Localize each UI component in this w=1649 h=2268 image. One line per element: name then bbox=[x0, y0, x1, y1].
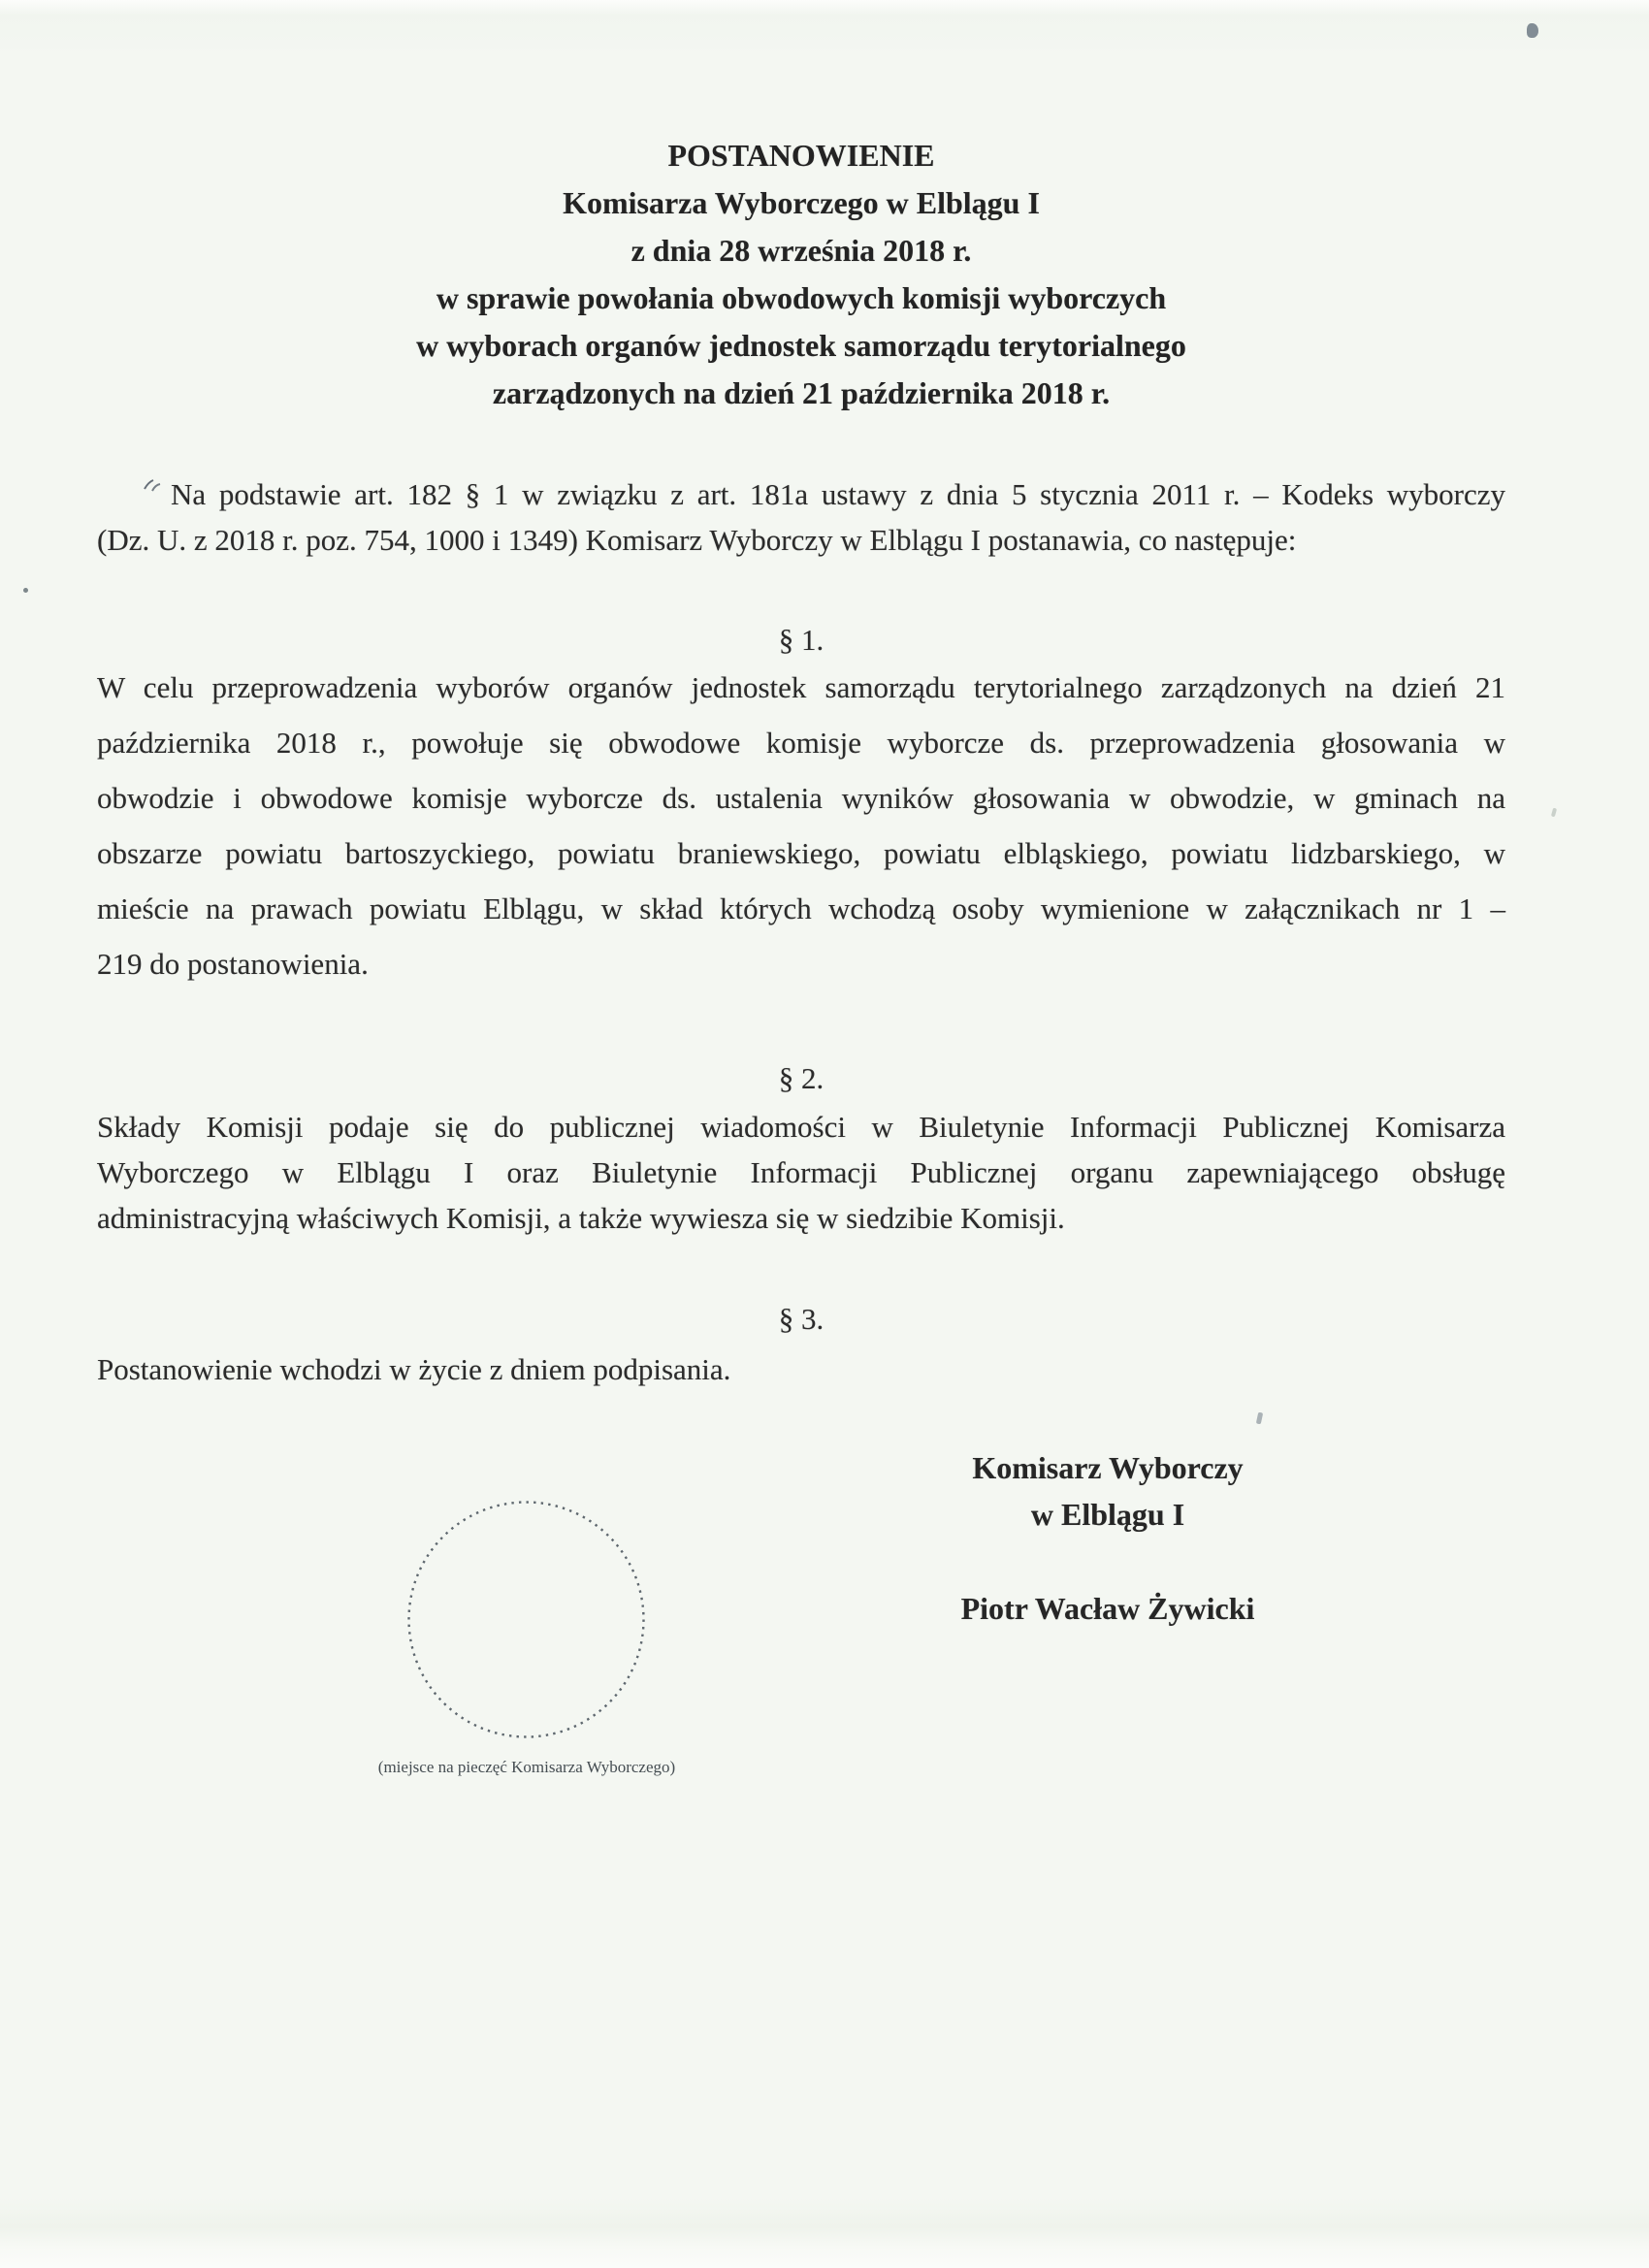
signature-name: Piotr Wacław Żywicki bbox=[914, 1590, 1302, 1627]
section-2-heading: § 2. bbox=[97, 1060, 1505, 1096]
stamp-caption: (miejsce na pieczęć Komisarza Wyborczego… bbox=[323, 1758, 730, 1777]
document-title-block: POSTANOWIENIE Komisarza Wyborczego w Elb… bbox=[97, 132, 1505, 417]
scan-artifact-apostrophe bbox=[1256, 1412, 1263, 1425]
section-1-paragraph: W celu przeprowadzenia wyborów organów j… bbox=[97, 660, 1505, 991]
signature-title-line-1: Komisarz Wyborczy bbox=[914, 1449, 1302, 1486]
doc-heading-line: zarządzonych na dzień 21 października 20… bbox=[97, 370, 1505, 417]
section-1-line: obszarze powiatu bartoszyckiego, powiatu… bbox=[97, 826, 1505, 881]
scan-artifact-blob bbox=[1527, 23, 1538, 38]
preamble-line: Na podstawie art. 182 § 1 w związku z ar… bbox=[97, 471, 1505, 517]
section-1-line: października 2018 r., powołuje się obwod… bbox=[97, 715, 1505, 770]
section-1-line: 219 do postanowienia. bbox=[97, 936, 1505, 991]
preamble-line: (Dz. U. z 2018 r. poz. 754, 1000 i 1349)… bbox=[97, 517, 1505, 563]
document-page: POSTANOWIENIE Komisarza Wyborczego w Elb… bbox=[0, 0, 1649, 2268]
section-2-line: Składy Komisji podaje się do publicznej … bbox=[97, 1104, 1505, 1150]
section-1-line: W celu przeprowadzenia wyborów organów j… bbox=[97, 660, 1505, 715]
section-1-heading: § 1. bbox=[97, 622, 1505, 658]
doc-heading-line: w sprawie powołania obwodowych komisji w… bbox=[97, 275, 1505, 322]
section-3-line: Postanowienie wchodzi w życie z dniem po… bbox=[97, 1351, 1505, 1387]
stamp-placeholder-circle bbox=[400, 1493, 653, 1746]
scan-artifact-pen-tick bbox=[142, 474, 165, 498]
doc-heading-line: w wyborach organów jednostek samorządu t… bbox=[97, 322, 1505, 370]
section-2-paragraph: Składy Komisji podaje się do publicznej … bbox=[97, 1104, 1505, 1241]
section-2-line: Wyborczego w Elblągu I oraz Biuletynie I… bbox=[97, 1150, 1505, 1195]
doc-heading-line: Komisarza Wyborczego w Elblągu I bbox=[97, 179, 1505, 227]
section-2-line: administracyjną właściwych Komisji, a ta… bbox=[97, 1195, 1505, 1241]
section-3-heading: § 3. bbox=[97, 1301, 1505, 1337]
signature-title-line-2: w Elblągu I bbox=[914, 1496, 1302, 1533]
doc-heading-line: z dnia 28 września 2018 r. bbox=[97, 227, 1505, 275]
section-1-line: mieście na prawach powiatu Elblągu, w sk… bbox=[97, 881, 1505, 936]
doc-title: POSTANOWIENIE bbox=[97, 132, 1505, 179]
scan-artifact-dot bbox=[23, 588, 28, 593]
preamble-paragraph: Na podstawie art. 182 § 1 w związku z ar… bbox=[97, 471, 1505, 563]
scan-artifact-speck bbox=[1551, 808, 1557, 818]
section-1-line: obwodzie i obwodowe komisje wyborcze ds.… bbox=[97, 770, 1505, 826]
